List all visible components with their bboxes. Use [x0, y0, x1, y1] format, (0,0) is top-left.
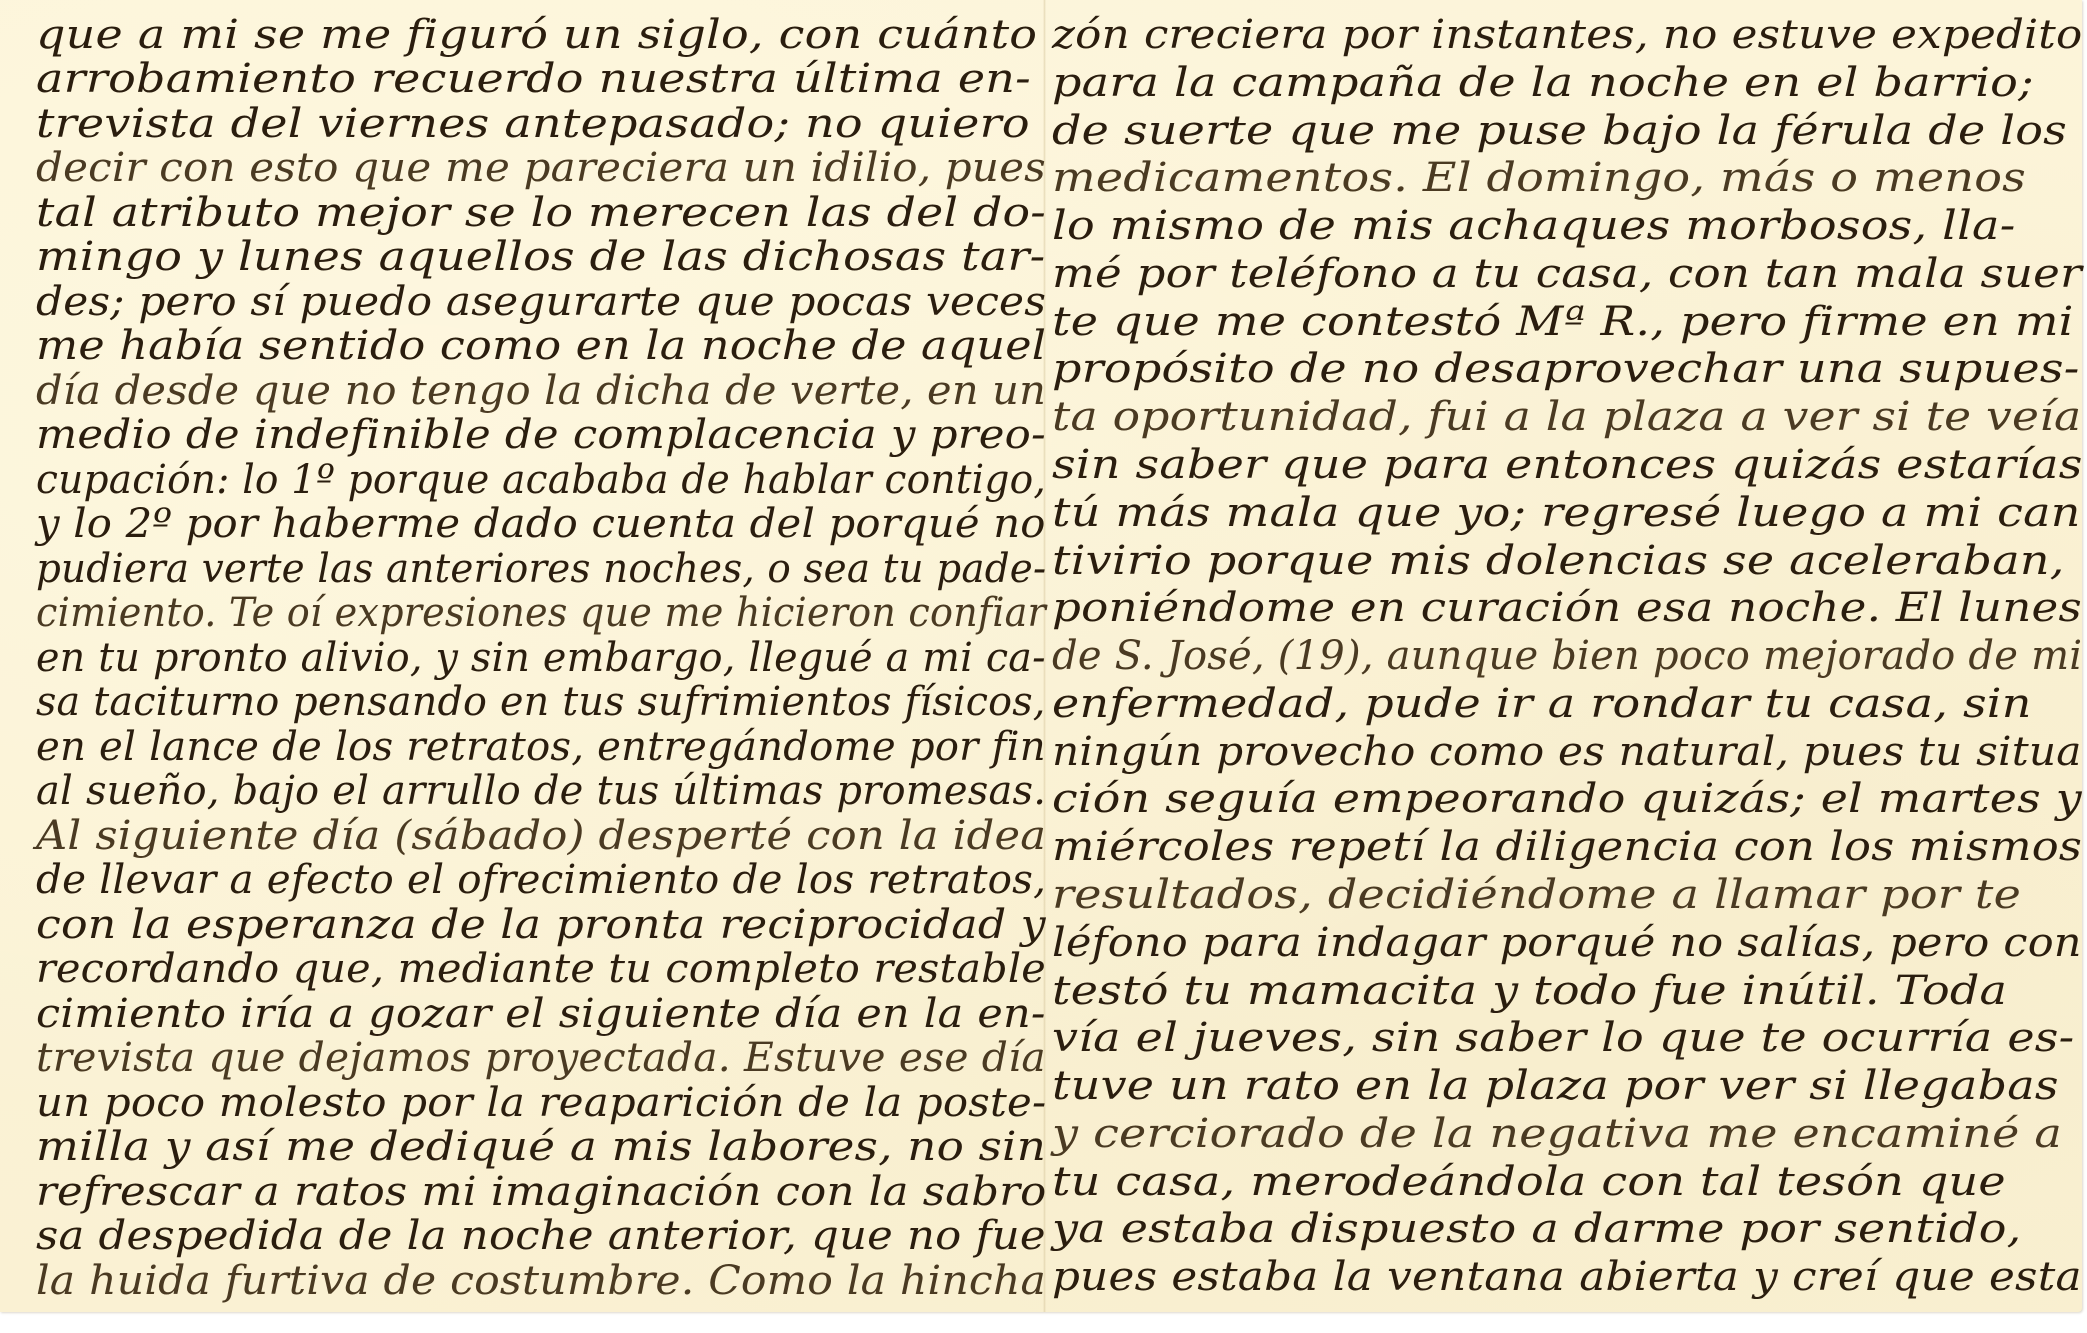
handwritten-line: léfono para indagar porqué no salías, pe… — [1052, 918, 2082, 968]
handwritten-line: para la campaña de la noche en el barrio… — [1052, 58, 2034, 108]
handwritten-line: trevista del viernes antepasado; no quie… — [36, 99, 1030, 149]
handwritten-line: cupación: lo 1º porque acababa de hablar… — [36, 455, 1046, 505]
handwritten-line: zón creciera por instantes, no estuve ex… — [1052, 10, 2082, 60]
handwritten-line: un poco molesto por la reaparición de la… — [36, 1078, 1046, 1128]
handwritten-line: milla y así me dediqué a mis labores, no… — [36, 1122, 1046, 1172]
handwritten-line: te que me contestó Mª R., pero firme en … — [1052, 297, 2074, 347]
handwritten-line: mingo y lunes aquellos de las dichosas t… — [36, 232, 1045, 282]
handwritten-line: sa despedida de la noche anterior, que n… — [36, 1211, 1046, 1261]
handwritten-line: mé por teléfono a tu casa, con tan mala … — [1052, 249, 2082, 299]
handwritten-line: de suerte que me puse bajo la férula de … — [1052, 106, 2067, 156]
handwritten-line: vía el jueves, sin saber lo que te ocurr… — [1052, 1013, 2074, 1063]
handwritten-line: medicamentos. El domingo, más o menos — [1052, 153, 2026, 203]
handwritten-line: de llevar a efecto el ofrecimiento de lo… — [36, 855, 1046, 905]
handwritten-line: ción seguía empeorando quizás; el martes… — [1052, 774, 2082, 824]
handwritten-line: testó tu mamacita y todo fue inútil. Tod… — [1052, 966, 2007, 1016]
handwritten-line: ta oportunidad, fui a la plaza a ver si … — [1052, 392, 2081, 442]
handwritten-line: sin saber que para entonces quizás estar… — [1052, 440, 2083, 490]
letter-sheet: que a mi se me figuró un siglo, con cuán… — [0, 0, 2082, 1312]
handwritten-line: en el lance de los retratos, entregándom… — [36, 722, 1046, 772]
handwritten-line: propósito de no desaprovechar una supues… — [1052, 344, 2080, 394]
handwritten-line: cimiento iría a gozar el siguiente día e… — [36, 989, 1046, 1039]
handwritten-line: lo mismo de mis achaques morbosos, lla- — [1052, 201, 2015, 251]
handwritten-line: resultados, decidiéndome a llamar por te — [1052, 870, 2021, 920]
handwritten-line: refrescar a ratos mi imaginación con la … — [36, 1167, 1047, 1217]
handwritten-line: y lo 2º por haberme dado cuenta del porq… — [36, 499, 1046, 549]
handwritten-line: enfermedad, pude ir a rondar tu casa, si… — [1052, 679, 2032, 729]
handwritten-line: día desde que no tengo la dicha de verte… — [36, 366, 1046, 416]
handwritten-line: ya estaba dispuesto a darme por sentido, — [1052, 1204, 2021, 1254]
handwritten-line: pues estaba la ventana abierta y creí qu… — [1052, 1252, 2082, 1302]
handwritten-line: cimiento. Te oí expresiones que me hicie… — [36, 588, 1046, 638]
handwritten-line: en tu pronto alivio, y sin embargo, lleg… — [36, 633, 1046, 683]
handwritten-line: con la esperanza de la pronta reciprocid… — [36, 900, 1046, 950]
handwritten-line: me había sentido como en la noche de aqu… — [36, 321, 1046, 371]
handwritten-line: arrobamiento recuerdo nuestra última en- — [36, 54, 1031, 104]
handwritten-line: tu casa, merodeándola con tal tesón que — [1052, 1157, 2006, 1207]
handwritten-line: des; pero sí puedo asegurarte que pocas … — [36, 277, 1046, 327]
handwritten-line: ningún provecho como es natural, pues tu… — [1052, 727, 2082, 777]
handwritten-line: la huida furtiva de costumbre. Como la h… — [36, 1256, 1046, 1306]
handwritten-line: medio de indefinible de complacencia y p… — [36, 410, 1046, 460]
handwritten-line: tú más mala que yo; regresé luego a mi c… — [1052, 488, 2081, 538]
handwritten-line: tal atributo mejor se lo merecen las del… — [36, 188, 1046, 238]
handwritten-line: que a mi se me figuró un siglo, con cuán… — [36, 10, 1037, 60]
handwritten-line: sa taciturno pensando en tus sufrimiento… — [36, 677, 1046, 727]
handwritten-line: Al siguiente día (sábado) desperté con l… — [36, 811, 1046, 861]
handwritten-line: y cerciorado de la negativa me encaminé … — [1052, 1109, 2062, 1159]
handwritten-line: pudiera verte las anteriores noches, o s… — [36, 544, 1046, 594]
handwritten-line: de S. José, (19), aunque bien poco mejor… — [1052, 631, 2082, 681]
right-page: zón creciera por instantes, no estuve ex… — [1052, 10, 2082, 1300]
left-page: que a mi se me figuró un siglo, con cuán… — [36, 10, 1046, 1300]
handwritten-line: poniéndome en curación esa noche. El lun… — [1052, 583, 2082, 633]
handwritten-line: decir con esto que me pareciera un idili… — [36, 143, 1046, 193]
handwritten-line: tuve un rato en la plaza por ver si lleg… — [1052, 1061, 2059, 1111]
handwritten-line: tivirio porque mis dolencias se acelerab… — [1052, 536, 2065, 586]
handwritten-line: al sueño, bajo el arrullo de tus últimas… — [36, 766, 1046, 816]
handwritten-line: trevista que dejamos proyectada. Estuve … — [36, 1033, 1046, 1083]
handwritten-line: recordando que, mediante tu completo res… — [36, 944, 1046, 994]
handwritten-line: miércoles repetí la diligencia con los m… — [1052, 822, 2082, 872]
